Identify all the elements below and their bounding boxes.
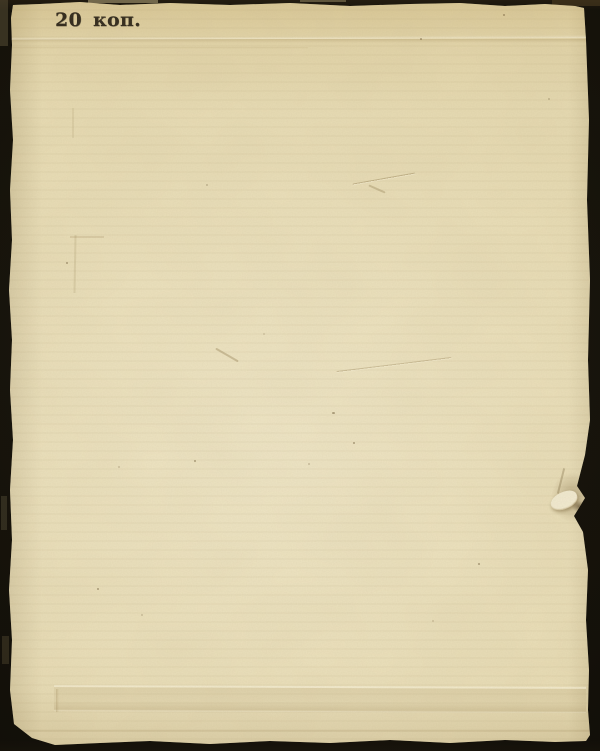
crease-mark [336, 357, 452, 374]
foxing-speck [97, 588, 99, 590]
foxing-speck [308, 463, 310, 465]
price-label: 20 коп. [55, 9, 141, 31]
foxing-speck [432, 620, 434, 622]
page-edge-sliver [2, 636, 9, 664]
crease-mark [352, 172, 416, 186]
foxing-speck [194, 460, 196, 462]
foxing-speck [353, 442, 355, 444]
crease-mark [70, 236, 104, 238]
embossed-line [54, 685, 586, 689]
embossed-line [56, 689, 59, 712]
edge-dent-highlight [548, 488, 580, 513]
paper-grain-texture [0, 0, 600, 751]
foxing-speck [478, 563, 480, 565]
foxing-speck [66, 262, 68, 264]
page-edge-sliver [88, 0, 158, 3]
crease-mark [8, 47, 308, 49]
foxing-speck [503, 14, 505, 16]
crease-mark [72, 108, 74, 138]
foxing-speck [118, 466, 120, 468]
crease-mark [8, 39, 590, 43]
foxing-speck [206, 184, 208, 186]
foxing-speck [332, 412, 335, 414]
page-edge-sliver [300, 0, 346, 2]
foxing-speck [420, 38, 422, 40]
edge-dent-notch [571, 500, 587, 513]
edge-dent-shadow [538, 462, 590, 540]
crease-mark [73, 235, 76, 293]
foxing-speck [548, 98, 550, 100]
page-edge-sliver [1, 496, 7, 530]
foxing-speck [263, 333, 265, 335]
crease-mark [8, 35, 590, 40]
edge-dent-crease [557, 468, 565, 494]
crease-mark [215, 348, 239, 363]
crease-mark [368, 184, 385, 193]
embossed-band [54, 687, 586, 713]
crease-mark [10, 730, 590, 732]
scanned-page-background: 20 коп. [0, 0, 600, 751]
page-edge-sliver [0, 0, 8, 46]
book-cover-paper: 20 коп. [0, 0, 600, 751]
foxing-speck [141, 614, 143, 616]
